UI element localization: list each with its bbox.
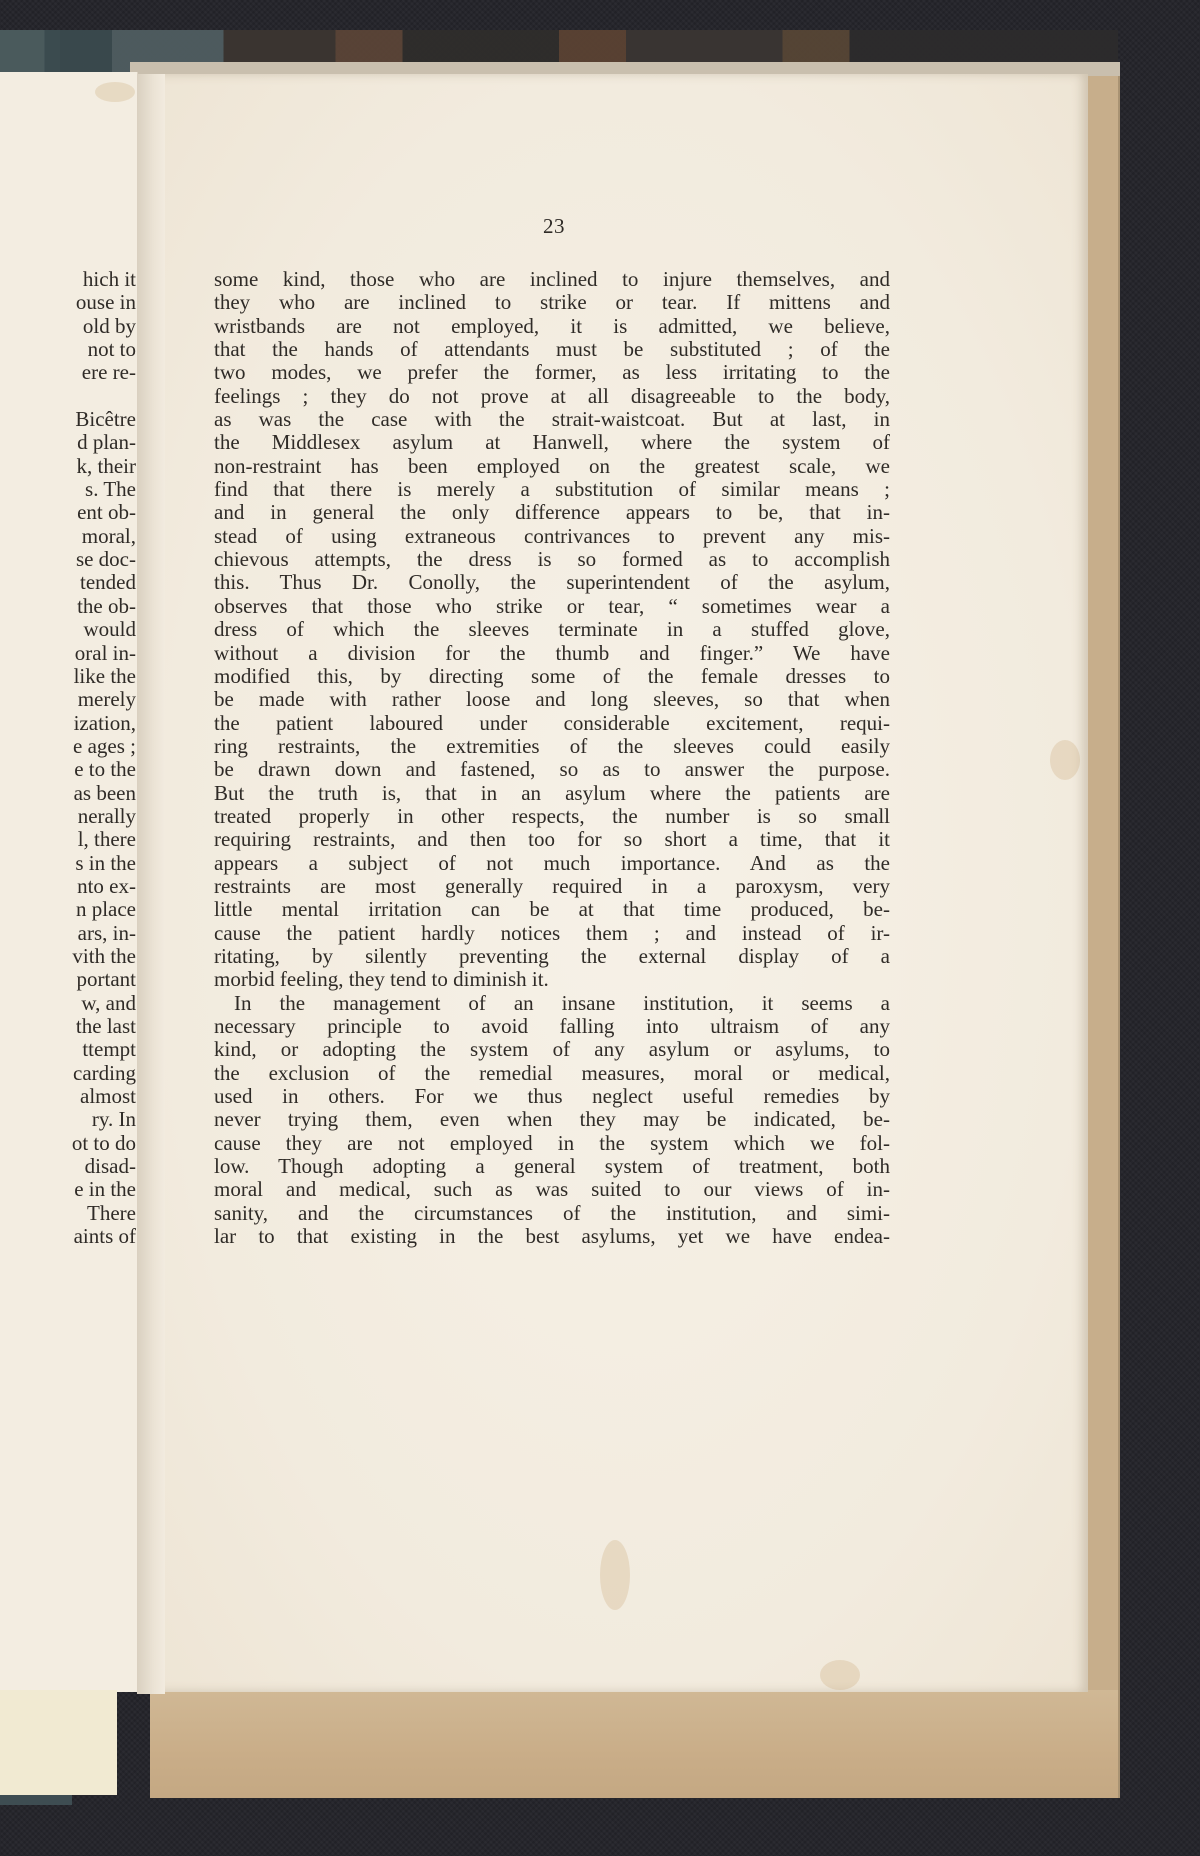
text-line-fragment: hich it [0, 268, 136, 291]
left-page-flap [0, 1690, 117, 1795]
text-line-fragment: ere re- [0, 361, 136, 384]
text-line-fragment: k, their [0, 455, 136, 478]
binding-cloth-bottom [0, 1795, 72, 1805]
left-page-text-fragment: hich itouse inold bynot toere re- Bicêtr… [0, 268, 136, 1248]
text-line-fragment: as been [0, 782, 136, 805]
text-line-fragment: se doc- [0, 548, 136, 571]
text-line: they who are inclined to strike or tear.… [214, 291, 890, 314]
text-line: lar to that existing in the best asylums… [214, 1225, 890, 1248]
text-line: ritating, by silently preventing the ext… [214, 945, 890, 968]
text-line-fragment: nerally [0, 805, 136, 828]
text-line-fragment: w, and [0, 992, 136, 1015]
text-line: the exclusion of the remedial measures, … [214, 1062, 890, 1085]
text-line: the Middlesex asylum at Hanwell, where t… [214, 431, 890, 454]
text-line-fragment: old by [0, 315, 136, 338]
text-line: two modes, we prefer the former, as less… [214, 361, 890, 384]
text-line: observes that those who strike or tear, … [214, 595, 890, 618]
paper-stain [820, 1660, 860, 1690]
text-line-fragment: moral, [0, 525, 136, 548]
text-line: modified this, by directing some of the … [214, 665, 890, 688]
gutter-shadow [137, 74, 165, 1694]
text-line-fragment: ars, in- [0, 922, 136, 945]
text-line: feelings ; they do not prove at all disa… [214, 385, 890, 408]
text-line: find that there is merely a substitution… [214, 478, 890, 501]
text-line: In the management of an insane instituti… [214, 992, 890, 1015]
text-line-fragment: e ages ; [0, 735, 136, 758]
text-line-fragment: e in the [0, 1178, 136, 1201]
text-line-fragment: There [0, 1202, 136, 1225]
text-line: the patient laboured under considerable … [214, 712, 890, 735]
text-line-fragment: merely [0, 688, 136, 711]
text-line: restraints are most generally required i… [214, 875, 890, 898]
text-line: stead of using extraneous contrivances t… [214, 525, 890, 548]
text-line: without a division for the thumb and fin… [214, 642, 890, 665]
text-line-fragment [0, 385, 136, 408]
text-line: But the truth is, that in an asylum wher… [214, 782, 890, 805]
text-line-fragment: ry. In [0, 1108, 136, 1131]
text-line-fragment: like the [0, 665, 136, 688]
text-line: morbid feeling, they tend to diminish it… [214, 968, 890, 991]
paper-stain [95, 82, 135, 102]
text-line-fragment: not to [0, 338, 136, 361]
text-line-fragment: disad- [0, 1155, 136, 1178]
text-line: moral and medical, such as was suited to… [214, 1178, 890, 1201]
text-line: little mental irritation can be at that … [214, 898, 890, 921]
text-line-fragment: d plan- [0, 431, 136, 454]
text-line-fragment: would [0, 618, 136, 641]
text-line-fragment: ttempt [0, 1038, 136, 1061]
text-line-fragment: vith the [0, 945, 136, 968]
text-line: cause they are not employed in the syste… [214, 1132, 890, 1155]
text-line: some kind, those who are inclined to inj… [214, 268, 890, 291]
text-line: low. Though adopting a general system of… [214, 1155, 890, 1178]
text-line: used in others. For we thus neglect usef… [214, 1085, 890, 1108]
text-line: and in general the only difference appea… [214, 501, 890, 524]
paper-stain [1050, 740, 1080, 780]
text-line: appears a subject of not much importance… [214, 852, 890, 875]
text-line: non-restraint has been employed on the g… [214, 455, 890, 478]
text-line: never trying them, even when they may be… [214, 1108, 890, 1131]
text-line-fragment: ot to do [0, 1132, 136, 1155]
right-page-text: some kind, those who are inclined to inj… [214, 268, 890, 1248]
text-line-fragment: almost [0, 1085, 136, 1108]
text-line: dress of which the sleeves terminate in … [214, 618, 890, 641]
text-line: this. Thus Dr. Conolly, the superintende… [214, 571, 890, 594]
text-line-fragment: aints of [0, 1225, 136, 1248]
text-line: requiring restraints, and then too for s… [214, 828, 890, 851]
text-line: necessary principle to avoid falling int… [214, 1015, 890, 1038]
text-line: wristbands are not employed, it is admit… [214, 315, 890, 338]
text-line: ring restraints, the extremities of the … [214, 735, 890, 758]
text-line-fragment: s. The [0, 478, 136, 501]
text-line-fragment: ent ob- [0, 501, 136, 524]
text-line-fragment: tended [0, 571, 136, 594]
text-line-fragment: carding [0, 1062, 136, 1085]
text-line-fragment: the ob- [0, 595, 136, 618]
text-line: as was the case with the strait-waistcoa… [214, 408, 890, 431]
text-line: chievous attempts, the dress is so forme… [214, 548, 890, 571]
text-line-fragment: l, there [0, 828, 136, 851]
text-line: that the hands of attendants must be sub… [214, 338, 890, 361]
text-line-fragment: portant [0, 968, 136, 991]
text-line: cause the patient hardly notices them ; … [214, 922, 890, 945]
page-number: 23 [0, 214, 1108, 239]
paper-stain [600, 1540, 630, 1610]
text-line: be drawn down and fastened, so as to ans… [214, 758, 890, 781]
text-line-fragment: n place [0, 898, 136, 921]
text-line: treated properly in other respects, the … [214, 805, 890, 828]
text-line: be made with rather loose and long sleev… [214, 688, 890, 711]
text-line-fragment: nto ex- [0, 875, 136, 898]
text-line-fragment: ouse in [0, 291, 136, 314]
book-board-bottom [150, 1690, 1118, 1798]
text-line: sanity, and the circumstances of the ins… [214, 1202, 890, 1225]
text-line-fragment: oral in- [0, 642, 136, 665]
text-line-fragment: the last [0, 1015, 136, 1038]
text-line-fragment: Bicêtre [0, 408, 136, 431]
text-line: kind, or adopting the system of any asyl… [214, 1038, 890, 1061]
text-line-fragment: e to the [0, 758, 136, 781]
text-line-fragment: s in the [0, 852, 136, 875]
text-line-fragment: ization, [0, 712, 136, 735]
